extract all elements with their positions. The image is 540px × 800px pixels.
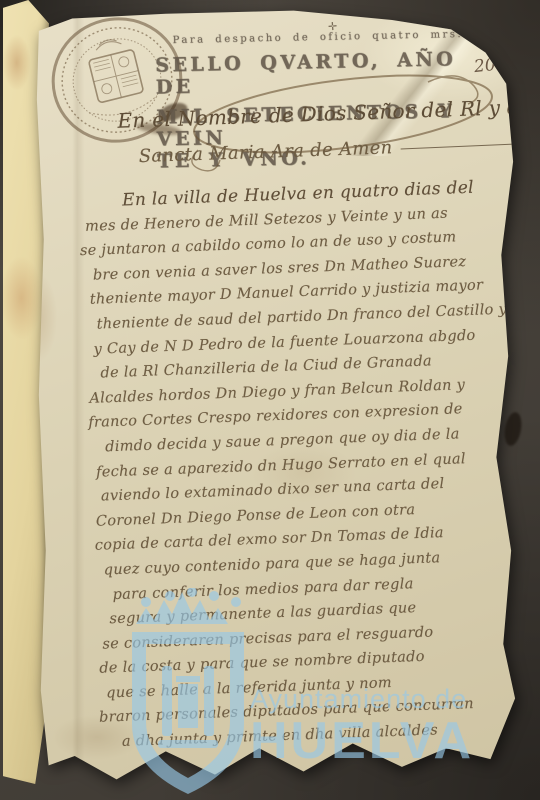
stamp-admin-line: Para despacho de oficio quatro mrs.: [173, 29, 485, 47]
closing-rule-line: [401, 142, 531, 149]
manuscript-page-wrap: ✛ Para despacho de oficio quatro mrs. SE…: [28, 6, 520, 784]
manuscript-page: ✛ Para despacho de oficio quatro mrs. SE…: [28, 6, 520, 784]
manuscript-body: En la villa de Huelva en quatro dias del…: [76, 174, 536, 755]
